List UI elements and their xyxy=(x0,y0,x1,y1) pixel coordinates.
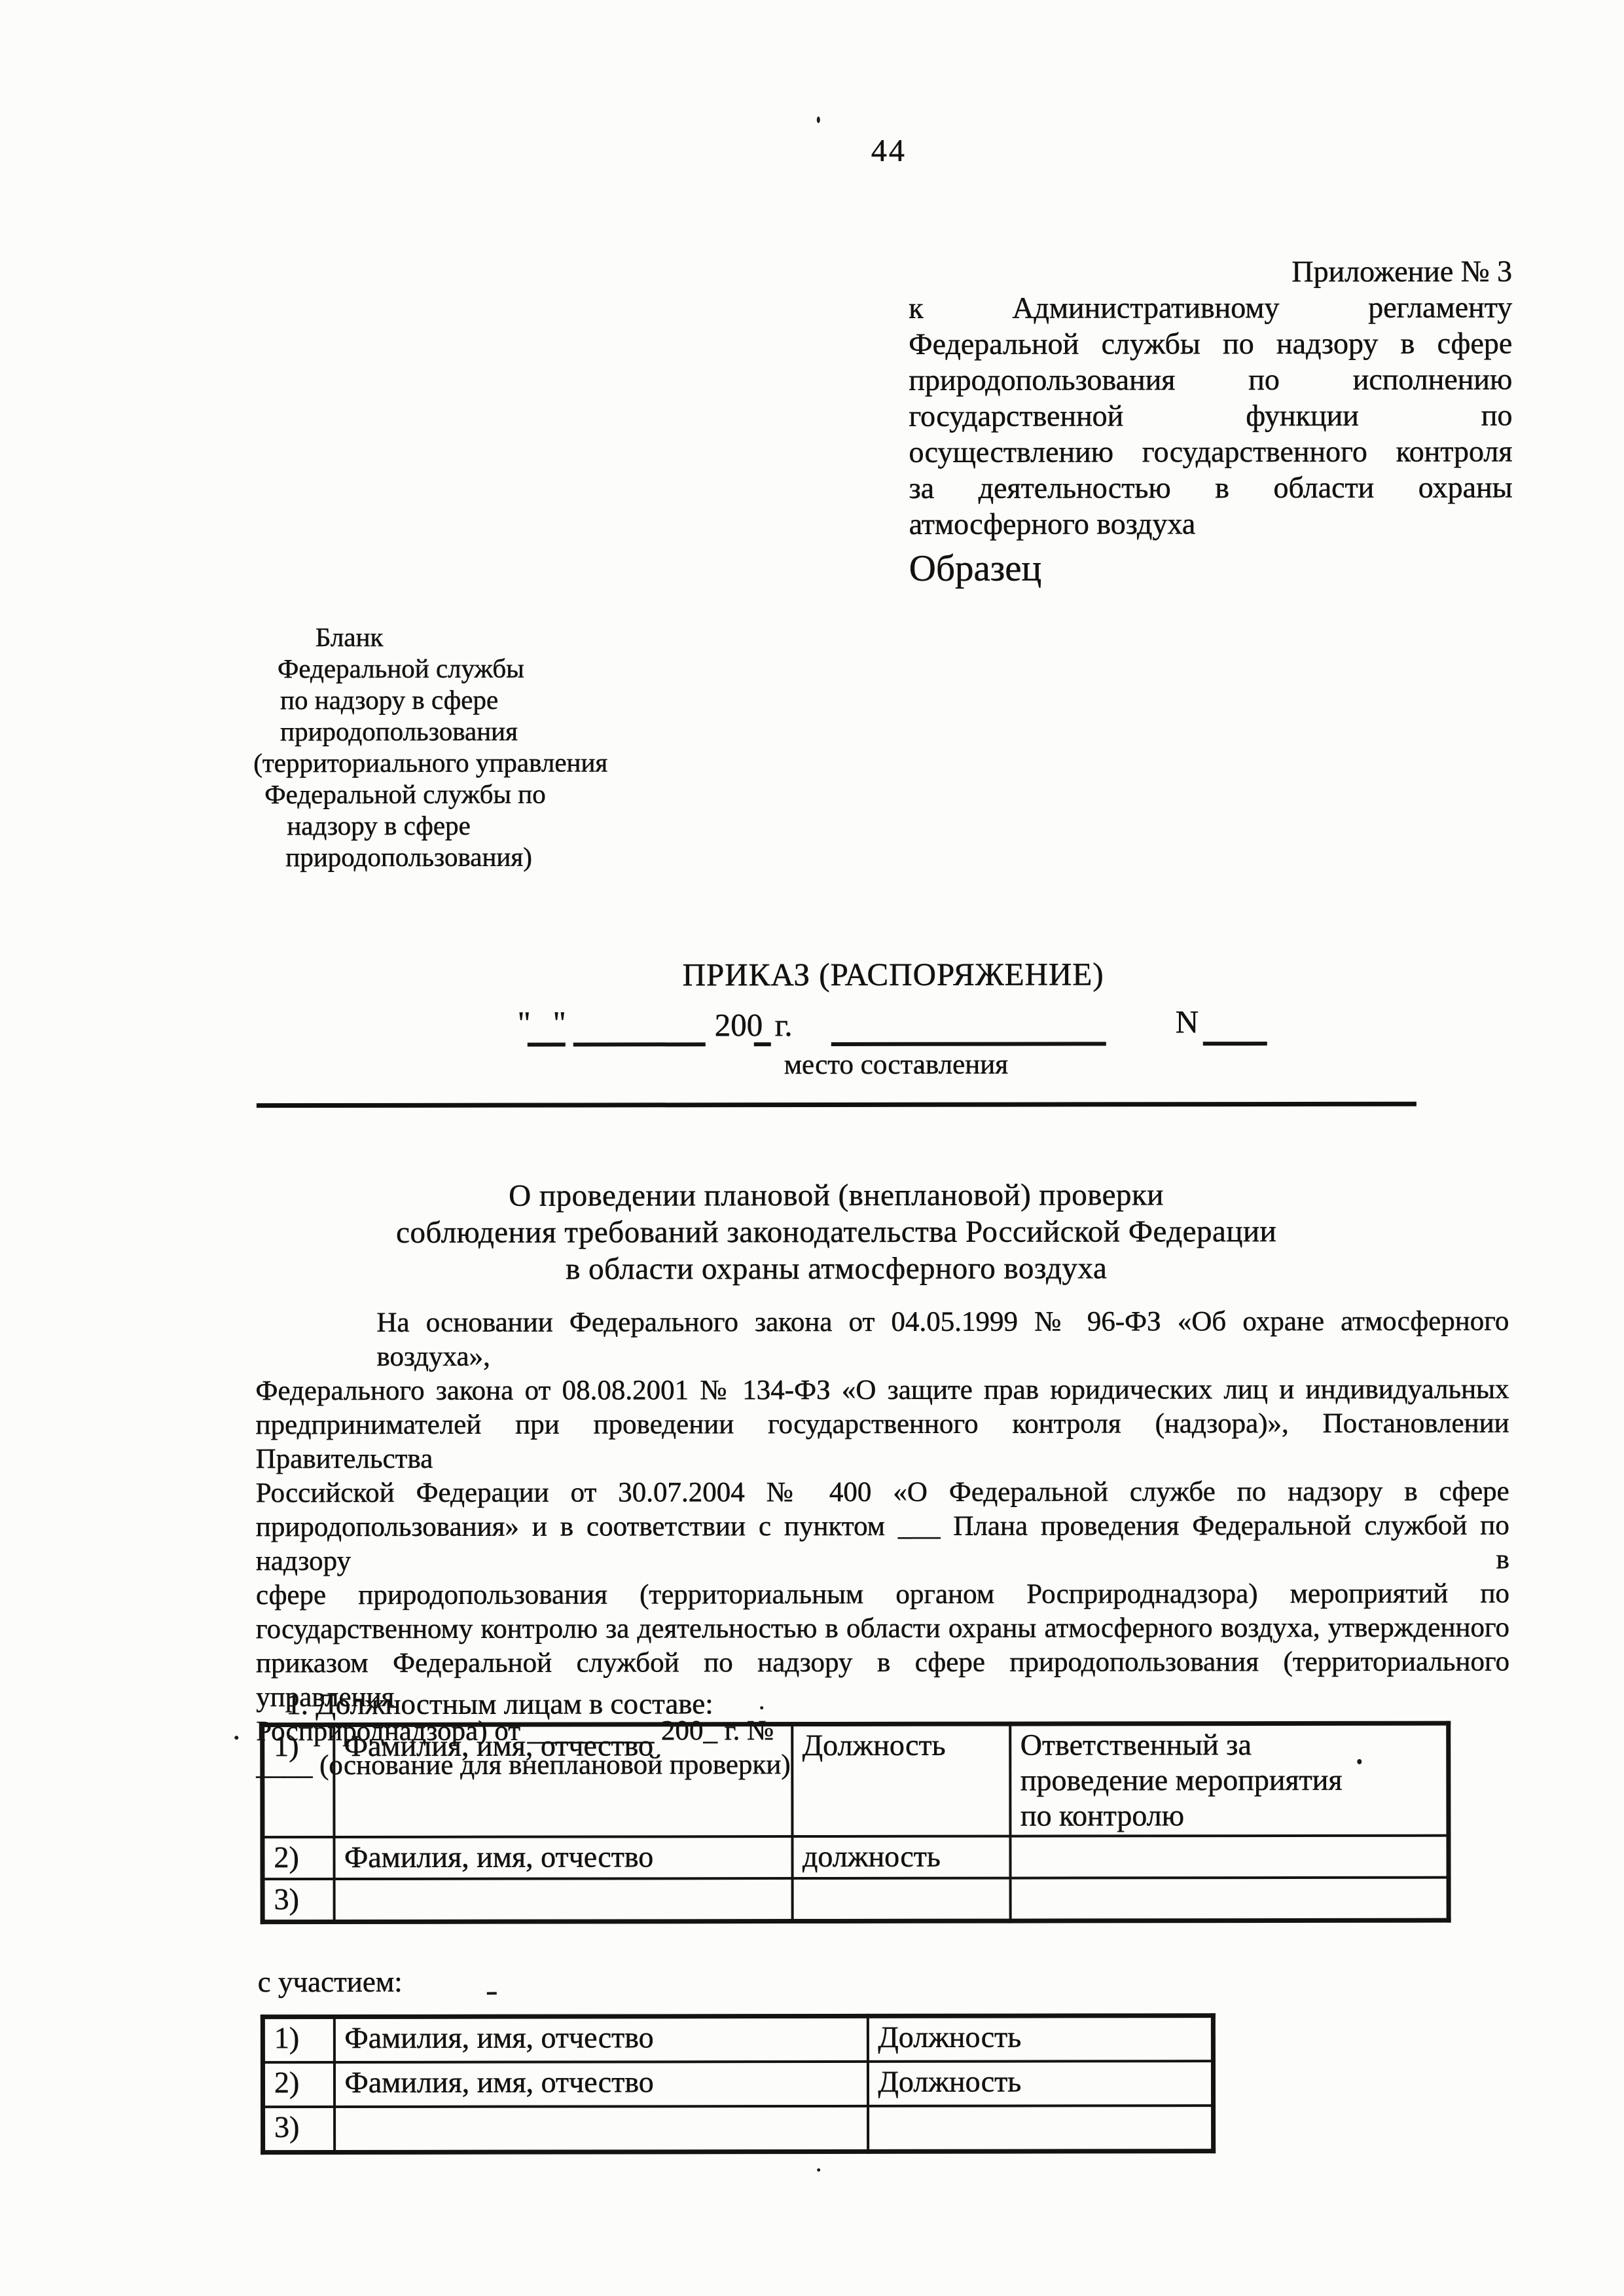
position-cell: Должность xyxy=(867,2061,1213,2106)
participation-heading: с участием: xyxy=(258,1965,403,1999)
appendix-line: к Административному регламенту xyxy=(909,289,1512,326)
scan-speck xyxy=(234,1736,238,1740)
appendix-line: атмосферного воздуха xyxy=(909,505,1513,542)
appendix-line: за деятельностью в области охраны xyxy=(909,469,1513,506)
scan-speck xyxy=(817,117,820,123)
scanned-document-page: 44 Приложение № 3 к Административному ре… xyxy=(0,0,1624,2296)
name-cell xyxy=(334,1878,792,1922)
section1-heading: 1. Должностным лицам в составе: xyxy=(286,1686,713,1721)
position-cell: Должность xyxy=(867,2016,1213,2062)
officials-table: 1) Фамилия, имя, отчество Должность Отве… xyxy=(260,1721,1451,1925)
document-sheet: 44 Приложение № 3 к Административному ре… xyxy=(0,0,1624,2296)
table-row: 2) Фамилия, имя, отчество должность xyxy=(262,1836,1449,1880)
body-line: сфере природопользования (территориальны… xyxy=(256,1577,1509,1613)
appendix-line: осуществлению государственного контроля xyxy=(909,433,1512,470)
row-number-cell: 2) xyxy=(262,2062,334,2107)
row-number-cell: 1) xyxy=(262,1725,334,1838)
body-line: Федерального закона от 08.08.2001 № 134-… xyxy=(255,1373,1509,1409)
subject-title: О проведении плановой (внеплановой) пров… xyxy=(255,1176,1417,1288)
body-line: государственному контролю за деятельност… xyxy=(256,1611,1509,1647)
letterhead-block: Бланк Федеральной службы по надзору в сф… xyxy=(278,621,645,873)
body-line: предпринимателей при проведении государс… xyxy=(256,1407,1509,1477)
table-row: 1) Фамилия, имя, отчество Должность Отве… xyxy=(262,1723,1449,1837)
scan-speck xyxy=(487,1992,497,1995)
day-blank-line xyxy=(528,1043,566,1047)
position-cell xyxy=(868,2105,1214,2151)
number-label: N xyxy=(1176,1003,1199,1040)
position-cell: Должность xyxy=(792,1724,1010,1836)
letterhead-line: Федеральной службы по xyxy=(264,778,644,810)
responsible-cell xyxy=(1010,1878,1449,1921)
row-number-cell: 3) xyxy=(262,1879,334,1922)
position-cell xyxy=(792,1878,1010,1922)
row-number-cell: 2) xyxy=(262,1837,334,1879)
number-blank-line xyxy=(1203,1042,1267,1046)
letterhead-line: Бланк xyxy=(316,621,644,653)
position-cell: должность xyxy=(792,1836,1010,1878)
row-number-cell: 1) xyxy=(262,2017,334,2063)
row-number-cell: 3) xyxy=(263,2107,334,2153)
body-line: Российской Федерации от 30.07.2004 № 400… xyxy=(256,1475,1509,1511)
name-cell: Фамилия, имя, отчество xyxy=(334,1836,792,1879)
appendix-line: природопользования по исполнению xyxy=(909,361,1512,398)
scan-speck xyxy=(760,1706,763,1709)
name-cell: Фамилия, имя, отчество xyxy=(334,1724,792,1837)
date-open-quote: " xyxy=(518,1004,531,1042)
responsible-cell xyxy=(1010,1836,1449,1878)
appendix-label: Приложение № 3 xyxy=(909,253,1512,290)
name-cell: Фамилия, имя, отчество xyxy=(334,2062,867,2107)
letterhead-line: природопользования xyxy=(280,715,644,747)
appendix-line: Федеральной службы по надзору в сфере xyxy=(909,325,1512,362)
order-heading: ПРИКАЗ (РАСПОРЯЖЕНИЕ) xyxy=(255,955,1532,994)
year-blank-line xyxy=(754,1042,771,1046)
letterhead-line: Федеральной службы xyxy=(278,652,644,684)
scan-speck xyxy=(1357,1759,1362,1764)
table-row: 3) xyxy=(262,1878,1449,1922)
sample-label: Образец xyxy=(909,547,1041,590)
body-line: природопользования» и в соответствии с п… xyxy=(256,1509,1509,1579)
table-row: 1) Фамилия, имя, отчество Должность xyxy=(262,2016,1213,2063)
scan-speck xyxy=(817,2168,820,2172)
letterhead-line: природопользования) xyxy=(285,841,644,873)
name-cell: Фамилия, имя, отчество xyxy=(334,2016,867,2062)
place-blank-line xyxy=(831,1042,1106,1046)
page-number: 44 xyxy=(871,133,907,169)
month-blank-line xyxy=(573,1042,706,1046)
date-close-quote: " xyxy=(553,1004,566,1042)
year-suffix: г. xyxy=(775,1006,793,1044)
appendix-block: Приложение № 3 к Административному регла… xyxy=(909,253,1513,542)
letterhead-line: надзору в сфере xyxy=(287,809,644,841)
responsible-cell: Ответственный за проведение мероприятия … xyxy=(1010,1723,1449,1836)
subject-line: в области охраны атмосферного воздуха xyxy=(255,1250,1417,1288)
body-line: На основании Федерального закона от 04.0… xyxy=(255,1305,1509,1375)
table-row: 3) xyxy=(263,2105,1214,2153)
subject-line: О проведении плановой (внеплановой) пров… xyxy=(255,1176,1417,1214)
year-prefix: 200 xyxy=(715,1006,763,1044)
table-row: 2) Фамилия, имя, отчество Должность xyxy=(262,2061,1213,2107)
appendix-line: государственной функции по xyxy=(909,397,1512,434)
letterhead-line: по надзору в сфере xyxy=(280,683,644,716)
divider-rule xyxy=(257,1102,1416,1108)
place-caption: место составления xyxy=(784,1049,1008,1081)
subject-line: соблюдения требований законодательства Р… xyxy=(255,1213,1417,1251)
letterhead-line: (территориального управления xyxy=(253,746,644,778)
scan-speck xyxy=(919,1066,923,1069)
participants-table: 1) Фамилия, имя, отчество Должность 2) Ф… xyxy=(261,2013,1216,2155)
name-cell xyxy=(334,2106,868,2153)
